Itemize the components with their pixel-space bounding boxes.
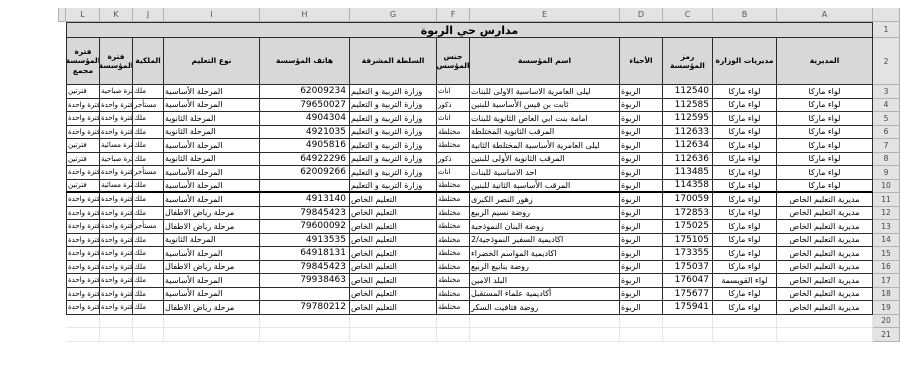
cell-directorate[interactable]: لواء ماركا: [777, 99, 873, 113]
cell-code[interactable]: 112595: [663, 112, 713, 126]
partial-column: [58, 99, 66, 113]
cell-district[interactable]: الربوة: [620, 139, 663, 153]
table-row: فترة واحدةفترة واحدةمستأجرالمرحلة الأساس…: [58, 99, 900, 113]
cell-period_combined[interactable]: فترة واحدة: [66, 220, 100, 234]
cell-period_combined[interactable]: فترتين: [66, 85, 100, 99]
row-number[interactable]: 2: [873, 38, 900, 85]
cell-ownership[interactable]: ملك: [133, 301, 164, 315]
cell-ministry_directorate[interactable]: لواء ماركا: [713, 166, 777, 180]
cell-ministry_directorate[interactable]: لواء ماركا: [713, 207, 777, 221]
cell-founder_gender[interactable]: اناث: [437, 112, 470, 126]
row-number[interactable]: 12: [873, 207, 900, 221]
cell-period[interactable]: فترة واحدة: [100, 301, 133, 315]
cell-education_type[interactable]: مرحلة رياض الاطفال: [164, 261, 260, 275]
cell-district[interactable]: الربوة: [620, 301, 663, 315]
cell-education_type[interactable]: المرحلة الثانوية: [164, 126, 260, 140]
cell-period_combined[interactable]: فترة واحدة: [66, 274, 100, 288]
cell-period[interactable]: فترة واحدة: [100, 99, 133, 113]
empty-cell[interactable]: [470, 315, 620, 329]
cell-education_type[interactable]: المرحلة الأساسية: [164, 288, 260, 302]
partial-column: [58, 193, 66, 207]
cell-period[interactable]: فترة واحدة: [100, 166, 133, 180]
column-letter[interactable]: K: [100, 8, 133, 22]
cell-directorate[interactable]: لواء ماركا: [777, 126, 873, 140]
cell-authority[interactable]: وزارة التربية و التعليم: [350, 139, 437, 153]
cell-name[interactable]: المرقب الأساسية الثانية للبنين: [470, 180, 620, 194]
empty-cell[interactable]: [66, 315, 100, 329]
cell-ministry_directorate[interactable]: لواء القويسمة: [713, 274, 777, 288]
cell-founder_gender[interactable]: مختلطة: [437, 288, 470, 302]
cell-phone[interactable]: 4904304: [260, 112, 350, 126]
header-ownership[interactable]: الملكية: [133, 38, 164, 85]
cell-authority[interactable]: وزارة التربية و التعليم: [350, 99, 437, 113]
cell-ownership[interactable]: ملك: [133, 288, 164, 302]
cell-education_type[interactable]: المرحلة الأساسية: [164, 180, 260, 194]
partial-column: [58, 85, 66, 99]
cell-education_type[interactable]: المرحلة الأساسية: [164, 139, 260, 153]
empty-cell[interactable]: [100, 315, 133, 329]
cell-district[interactable]: الربوة: [620, 126, 663, 140]
corner-cell[interactable]: [873, 8, 900, 22]
cell-period[interactable]: فترة واحدة: [100, 247, 133, 261]
cell-ownership[interactable]: ملك: [133, 247, 164, 261]
cell-directorate[interactable]: مديرية التعليم الخاص: [777, 261, 873, 275]
cell-period[interactable]: فترة واحدة: [100, 274, 133, 288]
column-letter[interactable]: G: [350, 8, 437, 22]
table-row: فترة واحدةفترة واحدةملكالمرحلة الثانوية4…: [58, 234, 900, 248]
empty-cell[interactable]: [620, 315, 663, 329]
cell-district[interactable]: الربوة: [620, 247, 663, 261]
cell-ministry_directorate[interactable]: لواء ماركا: [713, 234, 777, 248]
empty-cell[interactable]: [133, 315, 164, 329]
cell-founder_gender[interactable]: مختلطة: [437, 193, 470, 207]
cell-phone[interactable]: 62009234: [260, 85, 350, 99]
cell-period_combined[interactable]: فترة واحدة: [66, 193, 100, 207]
table-row: فترة واحدةفترة واحدةملكالمرحلة الثانوية4…: [58, 126, 900, 140]
cell-education_type[interactable]: المرحلة الثانوية: [164, 112, 260, 126]
empty-cell[interactable]: [66, 328, 100, 342]
cell-code[interactable]: 176047: [663, 274, 713, 288]
cell-phone[interactable]: 79650027: [260, 99, 350, 113]
cell-authority[interactable]: وزارة التربية و التعليم: [350, 153, 437, 167]
cell-period[interactable]: فترة واحدة: [100, 220, 133, 234]
cell-code[interactable]: 175025: [663, 220, 713, 234]
column-letter[interactable]: B: [713, 8, 777, 22]
row-number[interactable]: 6: [873, 126, 900, 140]
cell-ministry_directorate[interactable]: لواء ماركا: [713, 193, 777, 207]
cell-ownership[interactable]: مستأجر: [133, 166, 164, 180]
row-number[interactable]: 21: [873, 328, 900, 342]
cell-phone[interactable]: [260, 288, 350, 302]
header-phone[interactable]: هاتف المؤسسة: [260, 38, 350, 85]
cell-ministry_directorate[interactable]: لواء ماركا: [713, 301, 777, 315]
partial-column: [58, 38, 66, 85]
cell-district[interactable]: الربوة: [620, 85, 663, 99]
cell-name[interactable]: ليلى العامرية الاساسية الاولى للبنات: [470, 85, 620, 99]
cell-founder_gender[interactable]: مختلطة: [437, 274, 470, 288]
cell-period_combined[interactable]: فترة واحدة: [66, 112, 100, 126]
empty-cell[interactable]: [260, 315, 350, 329]
cell-ministry_directorate[interactable]: لواء ماركا: [713, 85, 777, 99]
partial-column: [58, 166, 66, 180]
cell-district[interactable]: الربوة: [620, 288, 663, 302]
cell-period_combined[interactable]: فترة واحدة: [66, 247, 100, 261]
cell-ownership[interactable]: ملك: [133, 139, 164, 153]
cell-authority[interactable]: وزارة التربية و التعليم: [350, 85, 437, 99]
cell-founder_gender[interactable]: مختلطة: [437, 180, 470, 194]
row-number[interactable]: 4: [873, 99, 900, 113]
cell-phone[interactable]: 64918131: [260, 247, 350, 261]
cell-period[interactable]: فترة واحدة: [100, 234, 133, 248]
cell-ownership[interactable]: ملك: [133, 274, 164, 288]
cell-phone[interactable]: 4905816: [260, 139, 350, 153]
cell-ownership[interactable]: مستأجر: [133, 99, 164, 113]
cell-period_combined[interactable]: فترة واحدة: [66, 207, 100, 221]
table-row: فترة واحدةفترة واحدةملكمرحلة رياض الاطفا…: [58, 261, 900, 275]
empty-cell[interactable]: [100, 328, 133, 342]
cell-phone[interactable]: 79845423: [260, 261, 350, 275]
partial-column: [58, 234, 66, 248]
cell-district[interactable]: الربوة: [620, 261, 663, 275]
cell-code[interactable]: 175941: [663, 301, 713, 315]
cell-name[interactable]: امامة بنت ابي العاص الثانوية للبنات: [470, 112, 620, 126]
cell-phone[interactable]: 62009266: [260, 166, 350, 180]
column-letter[interactable]: H: [260, 8, 350, 22]
cell-ownership[interactable]: ملك: [133, 193, 164, 207]
cell-period_combined[interactable]: فترة واحدة: [66, 166, 100, 180]
row-number[interactable]: 16: [873, 261, 900, 275]
cell-name[interactable]: روضة البنان النموذجية: [470, 220, 620, 234]
header-directorate[interactable]: المديرية: [777, 38, 873, 85]
cell-code[interactable]: 112540: [663, 85, 713, 99]
cell-education_type[interactable]: المرحلة الأساسية: [164, 99, 260, 113]
cell-founder_gender[interactable]: مختلطة: [437, 261, 470, 275]
cell-ministry_directorate[interactable]: لواء ماركا: [713, 153, 777, 167]
header-ministry_directorate[interactable]: مديريات الوزارة: [713, 38, 777, 85]
empty-cell[interactable]: [470, 328, 620, 342]
cell-period[interactable]: فترة واحدة: [100, 193, 133, 207]
cell-ownership[interactable]: ملك: [133, 153, 164, 167]
column-letter[interactable]: C: [663, 8, 713, 22]
cell-period_combined[interactable]: فترة واحدة: [66, 126, 100, 140]
cell-period_combined[interactable]: فترة واحدة: [66, 234, 100, 248]
cell-period[interactable]: فترة مسائية: [100, 139, 133, 153]
row-number[interactable]: 14: [873, 234, 900, 248]
cell-phone[interactable]: 4913535: [260, 234, 350, 248]
cell-period_combined[interactable]: فترة واحدة: [66, 288, 100, 302]
table-row: فترة واحدةفترة واحدةمستأجرمرحلة رياض الا…: [58, 220, 900, 234]
cell-period[interactable]: فترة واحدة: [100, 112, 133, 126]
empty-cell[interactable]: [713, 328, 777, 342]
cell-name[interactable]: ثابت بن قيس الأساسية للبنين: [470, 99, 620, 113]
header-period_combined[interactable]: فترة المؤسسة مجمع: [66, 38, 100, 85]
cell-period[interactable]: فترة واحدة: [100, 261, 133, 275]
cell-name[interactable]: احد الاساسية للبنات: [470, 166, 620, 180]
cell-authority[interactable]: التعليم الخاص: [350, 301, 437, 315]
cell-ownership[interactable]: ملك: [133, 126, 164, 140]
table-row: فترتينفترة صباحيةملكالمرحلة الثانوية6492…: [58, 153, 900, 167]
empty-cell[interactable]: [620, 328, 663, 342]
cell-code[interactable]: 112636: [663, 153, 713, 167]
cell-name[interactable]: زهور النصر الكبرى: [470, 193, 620, 207]
column-letter[interactable]: E: [470, 8, 620, 22]
cell-founder_gender[interactable]: ذكور: [437, 99, 470, 113]
cell-ministry_directorate[interactable]: لواء ماركا: [713, 247, 777, 261]
table-row: فترة واحدةفترة واحدةملكمرحلة رياض الاطفا…: [58, 301, 900, 315]
empty-cell[interactable]: [777, 328, 873, 342]
row-number[interactable]: 10: [873, 180, 900, 194]
cell-period_combined[interactable]: فترة واحدة: [66, 261, 100, 275]
header-period[interactable]: فترة المؤسسة: [100, 38, 133, 85]
cell-phone[interactable]: 4921035: [260, 126, 350, 140]
column-letter[interactable]: I: [164, 8, 260, 22]
cell-directorate[interactable]: لواء ماركا: [777, 85, 873, 99]
empty-cell[interactable]: [164, 315, 260, 329]
cell-name[interactable]: ليلى العامرية الأساسية المختلطة الثانية: [470, 139, 620, 153]
empty-cell[interactable]: [350, 328, 437, 342]
cell-phone[interactable]: 79780212: [260, 301, 350, 315]
cell-founder_gender[interactable]: مختلطة: [437, 247, 470, 261]
cell-name[interactable]: المرقب الثانوية المختلطة: [470, 126, 620, 140]
cell-ministry_directorate[interactable]: لواء ماركا: [713, 220, 777, 234]
cell-directorate[interactable]: لواء ماركا: [777, 112, 873, 126]
cell-ministry_directorate[interactable]: لواء ماركا: [713, 126, 777, 140]
cell-name[interactable]: اكاديمية السفير النموذجية/2: [470, 234, 620, 248]
empty-row: 20: [58, 315, 900, 329]
partial-column: [58, 126, 66, 140]
cell-founder_gender[interactable]: ذكور: [437, 153, 470, 167]
cell-period_combined[interactable]: فترتين: [66, 180, 100, 194]
empty-row: 21: [58, 328, 900, 342]
row-number[interactable]: 3: [873, 85, 900, 99]
cell-authority[interactable]: وزارة التربية و التعليم: [350, 126, 437, 140]
empty-cell[interactable]: [437, 315, 470, 329]
cell-founder_gender[interactable]: مختلطة: [437, 301, 470, 315]
empty-cell[interactable]: [663, 315, 713, 329]
empty-cell[interactable]: [350, 315, 437, 329]
header-education_type[interactable]: نوع التعليم: [164, 38, 260, 85]
cell-ownership[interactable]: ملك: [133, 207, 164, 221]
cell-ownership[interactable]: ملك: [133, 261, 164, 275]
cell-phone[interactable]: 79938463: [260, 274, 350, 288]
cell-ministry_directorate[interactable]: لواء ماركا: [713, 112, 777, 126]
cell-period[interactable]: فترة صباحية: [100, 85, 133, 99]
empty-cell[interactable]: [260, 328, 350, 342]
row-number[interactable]: 11: [873, 193, 900, 207]
cell-name[interactable]: روضة فتافيت السكر: [470, 301, 620, 315]
cell-district[interactable]: الربوة: [620, 193, 663, 207]
cell-founder_gender[interactable]: مختلطة: [437, 126, 470, 140]
column-letter[interactable]: A: [777, 8, 873, 22]
column-letter[interactable]: F: [437, 8, 470, 22]
cell-ownership[interactable]: ملك: [133, 112, 164, 126]
cell-directorate[interactable]: مديرية التعليم الخاص: [777, 301, 873, 315]
cell-phone[interactable]: 79600092: [260, 220, 350, 234]
cell-phone[interactable]: 79845423: [260, 207, 350, 221]
cell-district[interactable]: الربوة: [620, 207, 663, 221]
cell-name[interactable]: روضة نسيم الربيع: [470, 207, 620, 221]
cell-education_type[interactable]: المرحلة الأساسية: [164, 274, 260, 288]
cell-ownership[interactable]: ملك: [133, 85, 164, 99]
cell-district[interactable]: الربوة: [620, 153, 663, 167]
cell-ministry_directorate[interactable]: لواء ماركا: [713, 261, 777, 275]
cell-district[interactable]: الربوة: [620, 234, 663, 248]
cell-directorate[interactable]: مديرية التعليم الخاص: [777, 207, 873, 221]
cell-directorate[interactable]: مديرية التعليم الخاص: [777, 288, 873, 302]
partial-column: [58, 220, 66, 234]
table-row: فترة واحدةفترة واحدةملكمرحلة رياض الاطفا…: [58, 207, 900, 221]
cell-ownership[interactable]: ملك: [133, 234, 164, 248]
cell-ministry_directorate[interactable]: لواء ماركا: [713, 180, 777, 194]
cell-district[interactable]: الربوة: [620, 220, 663, 234]
empty-cell[interactable]: [164, 328, 260, 342]
empty-cell[interactable]: [777, 315, 873, 329]
cell-period_combined[interactable]: فترتين: [66, 153, 100, 167]
cell-name[interactable]: المرقب الثانوية الأولى للبنين: [470, 153, 620, 167]
cell-authority[interactable]: التعليم الخاص: [350, 193, 437, 207]
row-number[interactable]: 15: [873, 247, 900, 261]
cell-founder_gender[interactable]: مختلطة: [437, 207, 470, 221]
cell-district[interactable]: الربوة: [620, 180, 663, 194]
cell-district[interactable]: الربوة: [620, 99, 663, 113]
cell-directorate[interactable]: مديرية التعليم الخاص: [777, 193, 873, 207]
cell-name[interactable]: روضة ينابيع الربيع: [470, 261, 620, 275]
header-name[interactable]: اسم المؤسسة: [470, 38, 620, 85]
cell-directorate[interactable]: لواء ماركا: [777, 180, 873, 194]
cell-directorate[interactable]: مديرية التعليم الخاص: [777, 274, 873, 288]
cell-period_combined[interactable]: فترتين: [66, 139, 100, 153]
cell-name[interactable]: أكاديمية علماء المستقبل: [470, 288, 620, 302]
cell-founder_gender[interactable]: اناث: [437, 85, 470, 99]
cell-directorate[interactable]: لواء ماركا: [777, 166, 873, 180]
cell-period[interactable]: فترة واحدة: [100, 207, 133, 221]
row-number[interactable]: 13: [873, 220, 900, 234]
cell-period[interactable]: فترة واحدة: [100, 288, 133, 302]
cell-period[interactable]: فترة صباحية: [100, 153, 133, 167]
column-letters-row: LKJIHGFEDCBA: [58, 8, 900, 22]
partial-column: [58, 139, 66, 153]
empty-cell[interactable]: [133, 328, 164, 342]
cell-founder_gender[interactable]: اناث: [437, 166, 470, 180]
header-district[interactable]: الأحياء: [620, 38, 663, 85]
row-number[interactable]: 1: [873, 22, 900, 38]
cell-directorate[interactable]: لواء ماركا: [777, 139, 873, 153]
cell-education_type[interactable]: المرحلة الأساسية: [164, 193, 260, 207]
cell-district[interactable]: الربوة: [620, 112, 663, 126]
cell-district[interactable]: الربوة: [620, 274, 663, 288]
cell-authority[interactable]: التعليم الخاص: [350, 220, 437, 234]
cell-phone[interactable]: 64922296: [260, 153, 350, 167]
cell-ministry_directorate[interactable]: لواء ماركا: [713, 139, 777, 153]
cell-education_type[interactable]: المرحلة الأساسية: [164, 85, 260, 99]
row-number[interactable]: 9: [873, 166, 900, 180]
cell-period[interactable]: فترة واحدة: [100, 126, 133, 140]
cell-code[interactable]: 170059: [663, 193, 713, 207]
cell-authority[interactable]: التعليم الخاص: [350, 288, 437, 302]
cell-name[interactable]: البلد الامين: [470, 274, 620, 288]
cell-district[interactable]: الربوة: [620, 166, 663, 180]
column-letter[interactable]: D: [620, 8, 663, 22]
header-authority[interactable]: السلطة المشرفة: [350, 38, 437, 85]
cell-education_type[interactable]: مرحلة رياض الاطفال: [164, 207, 260, 221]
empty-cell[interactable]: [663, 328, 713, 342]
header-code[interactable]: رمز المؤسسة: [663, 38, 713, 85]
column-letter[interactable]: J: [133, 8, 164, 22]
cell-directorate[interactable]: مديرية التعليم الخاص: [777, 247, 873, 261]
cell-code[interactable]: 112634: [663, 139, 713, 153]
cell-code[interactable]: 114358: [663, 180, 713, 194]
cell-authority[interactable]: وزارة التربية و التعليم: [350, 166, 437, 180]
cell-ownership[interactable]: مستأجر: [133, 220, 164, 234]
cell-authority[interactable]: وزارة التربية و التعليم: [350, 112, 437, 126]
row-number[interactable]: 17: [873, 274, 900, 288]
cell-directorate[interactable]: مديرية التعليم الخاص: [777, 234, 873, 248]
cell-founder_gender[interactable]: مختلطة: [437, 234, 470, 248]
cell-name[interactable]: اكاديمية المواسم الخضراء: [470, 247, 620, 261]
cell-code[interactable]: 112585: [663, 99, 713, 113]
cell-ministry_directorate[interactable]: لواء ماركا: [713, 99, 777, 113]
cell-code[interactable]: 172853: [663, 207, 713, 221]
cell-education_type[interactable]: مرحلة رياض الاطفال: [164, 220, 260, 234]
cell-authority[interactable]: التعليم الخاص: [350, 261, 437, 275]
cell-education_type[interactable]: مرحلة رياض الاطفال: [164, 301, 260, 315]
cell-ownership[interactable]: ملك: [133, 180, 164, 194]
empty-cell[interactable]: [713, 315, 777, 329]
row-number[interactable]: 19: [873, 301, 900, 315]
cell-ministry_directorate[interactable]: لواء ماركا: [713, 288, 777, 302]
cell-period_combined[interactable]: فترة واحدة: [66, 99, 100, 113]
cell-directorate[interactable]: مديرية التعليم الخاص: [777, 220, 873, 234]
table-row: فترة واحدةفترة واحدةملكالمرحلة الأساسية4…: [58, 193, 900, 207]
cell-education_type[interactable]: المرحلة الثانوية: [164, 234, 260, 248]
row-number[interactable]: 5: [873, 112, 900, 126]
cell-code[interactable]: 175105: [663, 234, 713, 248]
cell-authority[interactable]: التعليم الخاص: [350, 274, 437, 288]
cell-founder_gender[interactable]: مختلطة: [437, 139, 470, 153]
cell-period_combined[interactable]: فترة واحدة: [66, 301, 100, 315]
table-row: فترتينفترة مسائيةملكالمرحلة الأساسيةوزار…: [58, 180, 900, 194]
cell-code[interactable]: 175677: [663, 288, 713, 302]
cell-authority[interactable]: وزارة التربية و التعليم: [350, 180, 437, 194]
cell-phone[interactable]: [260, 180, 350, 194]
partial-column-header: [58, 8, 66, 22]
row-number[interactable]: 8: [873, 153, 900, 167]
cell-period[interactable]: فترة مسائية: [100, 180, 133, 194]
cell-code[interactable]: 112633: [663, 126, 713, 140]
row-number[interactable]: 7: [873, 139, 900, 153]
cell-directorate[interactable]: لواء ماركا: [777, 153, 873, 167]
cell-founder_gender[interactable]: مختلطة: [437, 220, 470, 234]
empty-cell[interactable]: [437, 328, 470, 342]
cell-authority[interactable]: التعليم الخاص: [350, 234, 437, 248]
row-number[interactable]: 18: [873, 288, 900, 302]
cell-code[interactable]: 173355: [663, 247, 713, 261]
table-row: فترتينفترة صباحيةملكالمرحلة الأساسية6200…: [58, 85, 900, 99]
cell-code[interactable]: 113485: [663, 166, 713, 180]
cell-education_type[interactable]: المرحلة الثانوية: [164, 153, 260, 167]
header-founder_gender[interactable]: جنس المؤسس: [437, 38, 470, 85]
row-number[interactable]: 20: [873, 315, 900, 329]
cell-education_type[interactable]: المرحلة الأساسية: [164, 166, 260, 180]
sheet-title-cell[interactable]: مدارس حي الربوة: [66, 22, 873, 38]
cell-code[interactable]: 175037: [663, 261, 713, 275]
table-row: فترة واحدةفترة واحدةملكالمرحلة الأساسيةا…: [58, 288, 900, 302]
cell-phone[interactable]: 4913140: [260, 193, 350, 207]
cell-authority[interactable]: التعليم الخاص: [350, 247, 437, 261]
cell-education_type[interactable]: المرحلة الأساسية: [164, 247, 260, 261]
cell-authority[interactable]: التعليم الخاص: [350, 207, 437, 221]
column-letter[interactable]: L: [66, 8, 100, 22]
